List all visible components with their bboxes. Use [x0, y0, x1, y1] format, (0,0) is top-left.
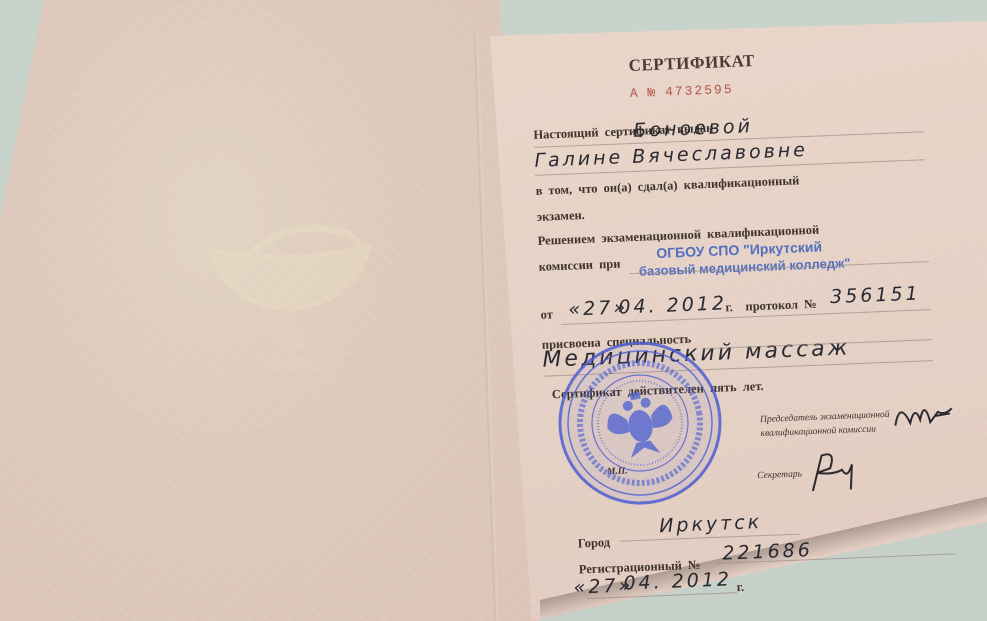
certificate-title: СЕРТИФИКАТ	[628, 51, 755, 76]
commission-label: комиссии при	[538, 257, 620, 275]
serial-number-sign: №	[647, 85, 656, 100]
serial-series: А	[630, 86, 639, 101]
photo-scene: СЕРТИФИКАТ А № 4732595 Настоящий сертифи…	[0, 0, 987, 621]
chairman-label-2: квалификационной комиссии	[760, 424, 876, 439]
protocol-number: 356151	[830, 283, 921, 309]
chairman-signature	[889, 393, 961, 436]
name-patronymic-handwritten: Галине Вячеславовне	[534, 139, 808, 172]
certificate-left-page	[0, 0, 540, 621]
certificate-content: СЕРТИФИКАТ А № 4732595 Настоящий сертифи…	[530, 33, 972, 609]
city-handwritten: Иркутск	[659, 511, 763, 537]
issue-year-suffix: г.	[736, 580, 744, 595]
secretary-signature	[801, 449, 863, 496]
city-label: Город	[578, 535, 611, 551]
date-prefix: от	[540, 307, 553, 322]
bowl-of-hygieia-icon	[190, 205, 390, 375]
secretary-label: Секретарь	[757, 469, 802, 481]
serial-number: 4732595	[665, 82, 734, 100]
exam-date-month-year: 04. 2012	[618, 292, 727, 318]
protocol-label: протокол №	[745, 297, 817, 315]
exam-text-1: в том, что он(а) сдал(а) квалификационны…	[535, 173, 799, 199]
chairman-label-1: Председатель экзаменационной	[760, 410, 890, 425]
certificate-serial: А № 4732595	[630, 82, 734, 101]
exam-text-2: экзамен.	[536, 208, 585, 225]
year-suffix: г.	[725, 300, 733, 315]
issue-date-month-year: 04. 2012	[623, 568, 732, 594]
official-round-seal-icon	[542, 325, 739, 522]
